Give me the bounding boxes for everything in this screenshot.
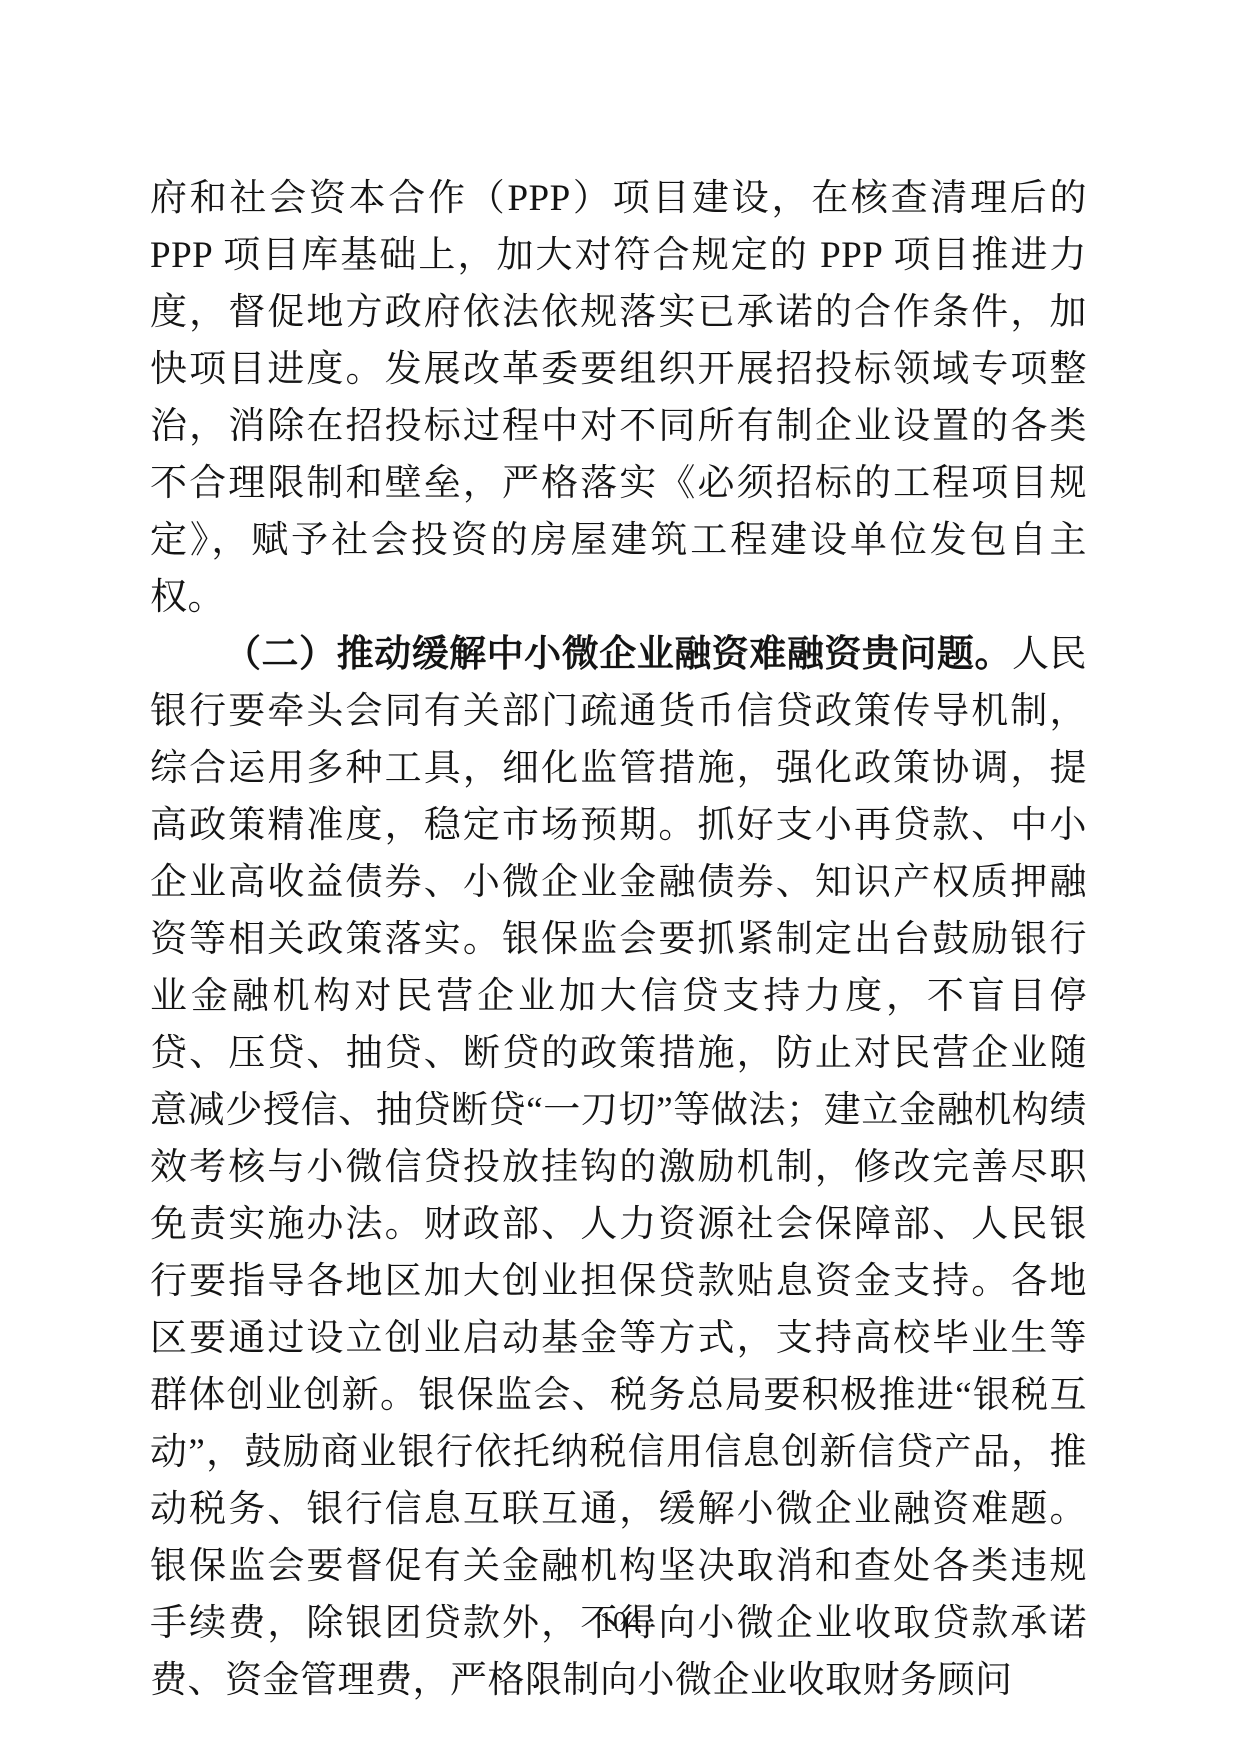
section-heading: （二）推动缓解中小微企业融资难融资贵问题。 <box>224 634 1012 675</box>
paragraph-continuation: 府和社会资本合作（PPP）项目建设，在核查清理后的 PPP 项目库基础上，加大对… <box>150 170 1087 626</box>
paragraph-text: 人民银行要牵头会同有关部门疏通货币信贷政策传导机制，综合运用多种工具，细化监管措… <box>150 634 1087 1701</box>
paragraph-section-2: （二）推动缓解中小微企业融资难融资贵问题。人民银行要牵头会同有关部门疏通货币信贷… <box>150 626 1087 1709</box>
paragraph-text: 府和社会资本合作（PPP）项目建设，在核查清理后的 PPP 项目库基础上，加大对… <box>150 178 1087 618</box>
page-body: 府和社会资本合作（PPP）项目建设，在核查清理后的 PPP 项目库基础上，加大对… <box>150 170 1087 1709</box>
page-footer: 104 <box>0 1603 1240 1643</box>
document-page: 府和社会资本合作（PPP）项目建设，在核查清理后的 PPP 项目库基础上，加大对… <box>0 0 1240 1754</box>
page-number: 104 <box>599 1607 641 1638</box>
